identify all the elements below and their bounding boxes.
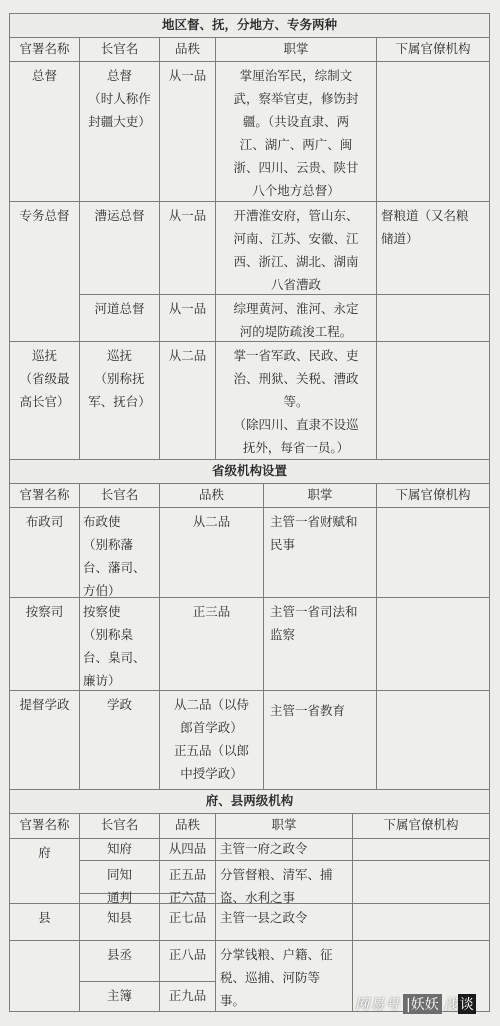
header-rank: 品秩 (159, 37, 216, 62)
cell-subordinates (376, 61, 490, 202)
cell-official: 县丞 (79, 940, 160, 982)
cell-office (9, 940, 80, 1012)
cell-official: 漕运总督 (79, 201, 160, 295)
cell-office: 提督学政 (9, 690, 80, 790)
cell-office: 专务总督 (9, 201, 80, 342)
cell-rank: 正八品 (159, 940, 216, 982)
section-title-governors: 地区督、抚，分地方、专务两种 (9, 13, 490, 38)
cell-official: 总督 （时人称作 封疆大吏） (79, 61, 160, 202)
header-official: 长官名 (79, 483, 160, 508)
cell-duties: 综理黄河、淮河、永定 河的堤防疏浚工程。 (215, 294, 377, 342)
header-office: 官署名称 (9, 483, 80, 508)
cell-rank: 从一品 (159, 61, 216, 202)
cell-office: 总督 (9, 61, 80, 202)
header-rank: 品秩 (159, 483, 264, 508)
cell-rank: 从一品 (159, 201, 216, 295)
cell-duties: 主管一省教育 (263, 690, 377, 790)
cell-office: 县 (9, 903, 80, 941)
cell-official: 知府 (79, 838, 160, 861)
cell-subordinates (376, 690, 490, 790)
cell-office: 布政司 (9, 507, 80, 598)
cell-subordinates (376, 507, 490, 598)
cell-official: 主簿 (79, 981, 160, 1012)
header-duties: 职掌 (215, 37, 377, 62)
header-duties: 职掌 (263, 483, 377, 508)
cell-official: 河道总督 (79, 294, 160, 342)
header-subordinates: 下属官僚机构 (376, 37, 490, 62)
cell-office: 府 (9, 838, 80, 904)
cell-subordinates (376, 341, 490, 460)
cell-official: 学政 (79, 690, 160, 790)
watermark-author: 妖妖 (411, 997, 439, 1013)
cell-subordinates (352, 860, 490, 904)
header-office: 官署名称 (9, 37, 80, 62)
cell-official: 知县 (79, 903, 160, 941)
cell-rank: 正三品 (159, 597, 264, 691)
cell-duties: 开漕淮安府，管山东、 河南、江苏、安徽、江 西、浙江、湖北、湖南 八省漕政 (215, 201, 377, 295)
watermark-author-mid: 浅 (444, 994, 458, 1014)
watermark-author-end: 谈 (458, 994, 476, 1014)
cell-duties: 主管一省财赋和 民事 (263, 507, 377, 598)
watermark-platform: 网易号 (355, 994, 400, 1014)
cell-official: 同知 (79, 860, 160, 894)
cell-rank: 从二品 (159, 341, 216, 460)
watermark-author-box: |妖妖 (403, 994, 442, 1014)
cell-office: 巡抚 （省级最 高长官） (9, 341, 80, 460)
official-ranks-table-document: 地区督、抚，分地方、专务两种 官署名称 长官名 品秩 职掌 下属官僚机构 总督 … (0, 0, 500, 1026)
section-title-provincial: 省级机构设置 (9, 459, 490, 484)
cell-duties: 主管一府之政令 (215, 838, 353, 861)
header-subordinates: 下属官僚机构 (376, 483, 490, 508)
cell-official: 巡抚 （别称抚 军、抚台） (79, 341, 160, 460)
section-title-prefecture-county: 府、县两级机构 (9, 789, 490, 814)
watermark: 网易号 |妖妖 浅 谈 (355, 993, 476, 1015)
cell-subordinates (352, 838, 490, 861)
cell-rank: 从二品 (159, 507, 264, 598)
cell-duties: 分管督粮、清军、捕 盗、水利之事 (215, 860, 353, 904)
cell-office: 按察司 (9, 597, 80, 691)
header-official: 长官名 (79, 37, 160, 62)
header-office: 官署名称 (9, 813, 80, 839)
cell-duties: 掌厘治军民，综制文 武，察举官吏，修饬封 疆。（共设直隶、两 江、湖广、两广、闽… (215, 61, 377, 202)
cell-subordinates (352, 903, 490, 941)
cell-duties: 掌一省军政、民政、吏 治、刑狱、关税、漕政 等。 （除四川、直隶不设巡 抚外，每… (215, 341, 377, 460)
cell-subordinates: 督粮道（又名粮 储道） (376, 201, 490, 295)
cell-rank: 正五品 (159, 860, 216, 894)
cell-rank: 从一品 (159, 294, 216, 342)
cell-duties: 分掌钱粮、户籍、征 税、巡捕、河防等 事。 (215, 940, 353, 1012)
cell-rank: 正七品 (159, 903, 216, 941)
cell-official: 布政使 （别称藩 台、藩司、 方伯） (79, 507, 160, 598)
cell-subordinates (376, 294, 490, 342)
header-rank: 品秩 (159, 813, 216, 839)
cell-rank: 正九品 (159, 981, 216, 1012)
header-official: 长官名 (79, 813, 160, 839)
cell-duties: 主管一省司法和 监察 (263, 597, 377, 691)
cell-official: 按察使 （别称臬 台、臬司、 廉访） (79, 597, 160, 691)
cell-duties: 主管一县之政令 (215, 903, 353, 941)
header-duties: 职掌 (215, 813, 353, 839)
cell-rank: 从四品 (159, 838, 216, 861)
cell-subordinates (376, 597, 490, 691)
header-subordinates: 下属官僚机构 (352, 813, 490, 839)
cell-rank: 从二品（以侍 郎首学政） 正五品（以郎 中授学政） (159, 690, 264, 790)
